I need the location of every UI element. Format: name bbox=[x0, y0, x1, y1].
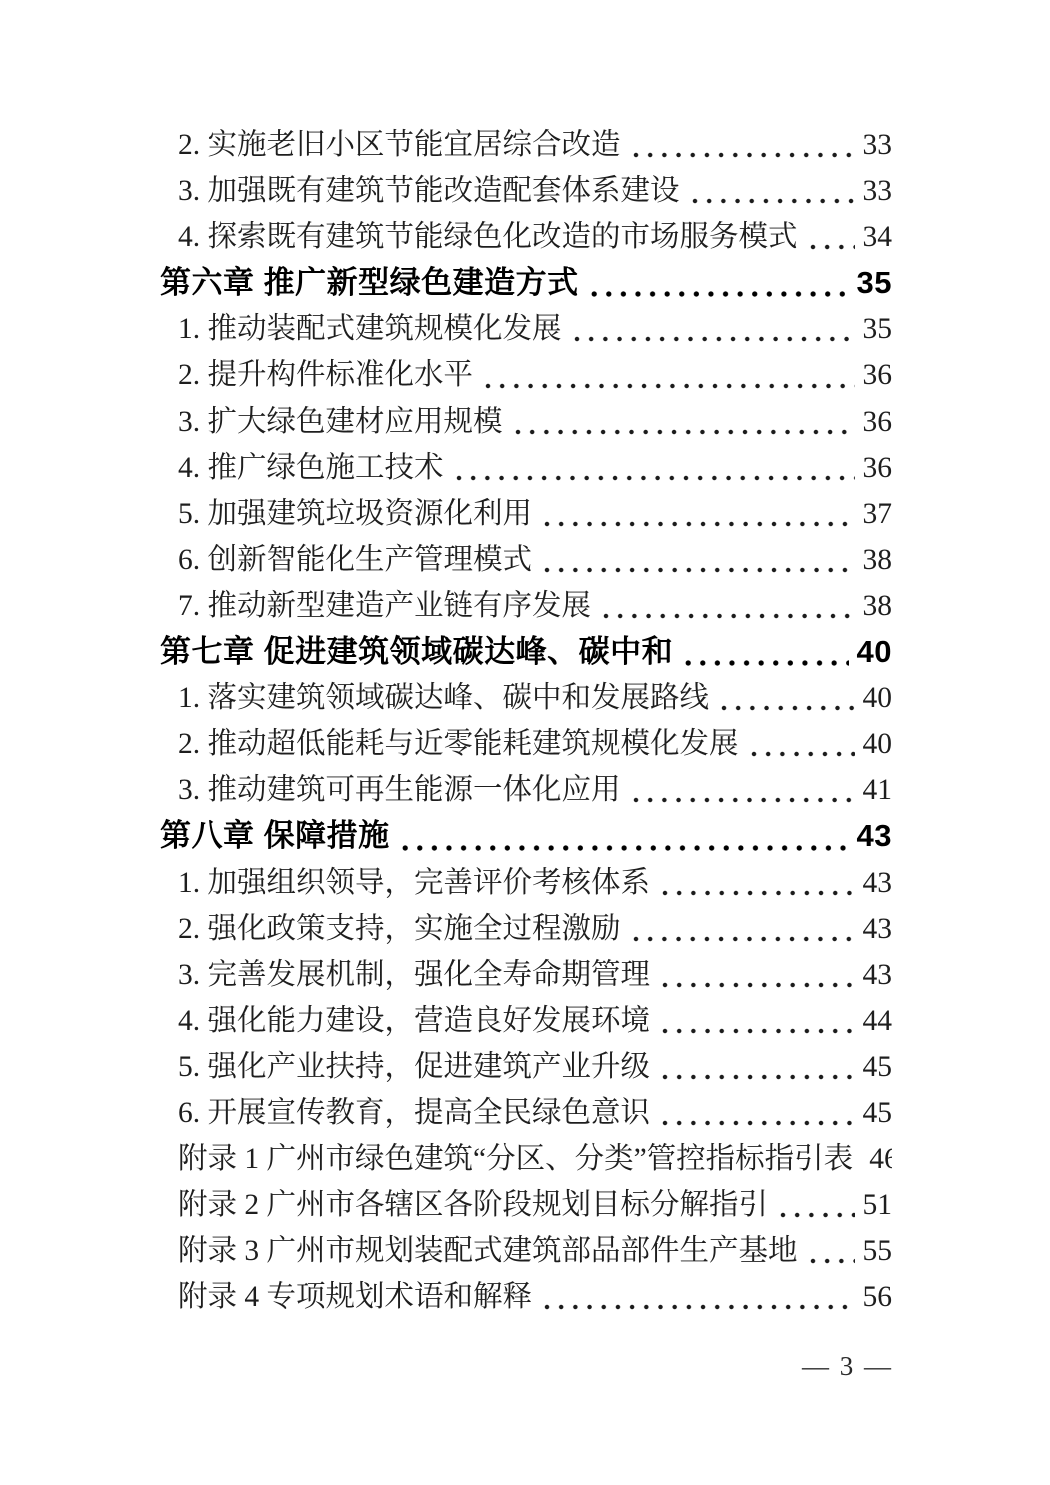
toc-leader-dots bbox=[542, 1274, 856, 1320]
toc-leader-dots bbox=[690, 168, 857, 214]
toc-entry-page: 45 bbox=[863, 1044, 893, 1090]
toc-entry-page: 33 bbox=[863, 122, 893, 168]
toc-entry: 1. 落实建筑领域碳达峰、碳中和发展路线 40 bbox=[160, 675, 892, 721]
toc-leader-dots bbox=[601, 583, 856, 629]
toc-entry-page: 51 bbox=[863, 1182, 893, 1228]
toc-leader-dots bbox=[513, 399, 857, 445]
document-page: 2. 实施老旧小区节能宜居综合改造 33 3. 加强既有建筑节能改造配套体系建设… bbox=[0, 0, 1050, 1485]
toc-entry-label: 附录 4 专项规划术语和解释 bbox=[178, 1274, 532, 1320]
toc-entry-page: 36 bbox=[863, 399, 893, 445]
toc-entry-label: 5. 加强建筑垃圾资源化利用 bbox=[178, 491, 532, 537]
toc-entry: 附录 4 专项规划术语和解释 56 bbox=[160, 1274, 892, 1320]
toc-entry: 1. 推动装配式建筑规模化发展 35 bbox=[160, 306, 892, 352]
toc-entry-label: 附录 2 广州市各辖区各阶段规划目标分解指引 bbox=[178, 1182, 768, 1228]
toc-leader-dots bbox=[660, 860, 856, 906]
toc-entry-page: 35 bbox=[863, 306, 893, 352]
toc-entry-label: 7. 推动新型建造产业链有序发展 bbox=[178, 583, 591, 629]
toc-entry-label: 2. 提升构件标准化水平 bbox=[178, 352, 473, 398]
toc-entry-page: 41 bbox=[863, 767, 893, 813]
toc-entry-label: 1. 落实建筑领域碳达峰、碳中和发展路线 bbox=[178, 675, 709, 721]
toc-entry-page: 35 bbox=[857, 260, 892, 306]
toc-entry-label: 3. 完善发展机制，强化全寿命期管理 bbox=[178, 952, 650, 998]
toc-entry-page: 55 bbox=[863, 1228, 893, 1274]
toc-entry: 6. 创新智能化生产管理模式 38 bbox=[160, 537, 892, 583]
toc-entry-page: 56 bbox=[863, 1274, 893, 1320]
toc-entry: 3. 扩大绿色建材应用规模 36 bbox=[160, 399, 892, 445]
toc-leader-dots bbox=[719, 675, 856, 721]
toc-entry-page: 43 bbox=[863, 860, 893, 906]
toc-entry: 6. 开展宣传教育，提高全民绿色意识 45 bbox=[160, 1090, 892, 1136]
toc-entry: 3. 推动建筑可再生能源一体化应用 41 bbox=[160, 767, 892, 813]
toc-leader-dots bbox=[542, 537, 856, 583]
toc-entry-label: 4. 探索既有建筑节能绿色化改造的市场服务模式 bbox=[178, 214, 798, 260]
toc-leader-dots bbox=[749, 721, 857, 767]
toc-entry: 2. 强化政策支持，实施全过程激励 43 bbox=[160, 906, 892, 952]
toc-leader-dots bbox=[808, 1228, 857, 1274]
toc-entry-page: 43 bbox=[863, 906, 893, 952]
toc-entry: 3. 完善发展机制，强化全寿命期管理 43 bbox=[160, 952, 892, 998]
toc-entry-label: 2. 实施老旧小区节能宜居综合改造 bbox=[178, 122, 621, 168]
toc-entry: 第六章 推广新型绿色建造方式 35 bbox=[160, 260, 892, 306]
toc-entry-page: 33 bbox=[863, 168, 893, 214]
toc-leader-dots bbox=[542, 491, 856, 537]
toc-entry: 5. 加强建筑垃圾资源化利用 37 bbox=[160, 491, 892, 537]
toc-entry: 2. 提升构件标准化水平 36 bbox=[160, 352, 892, 398]
toc-entry-label: 4. 强化能力建设，营造良好发展环境 bbox=[178, 998, 650, 1044]
toc-entry: 附录 2 广州市各辖区各阶段规划目标分解指引 51 bbox=[160, 1182, 892, 1228]
toc-entry-page: 46 bbox=[869, 1136, 892, 1182]
toc-leader-dots bbox=[589, 260, 851, 306]
page-number-footer: — 3 — bbox=[802, 1346, 893, 1386]
toc-entry-page: 34 bbox=[863, 214, 893, 260]
toc-entry: 4. 探索既有建筑节能绿色化改造的市场服务模式 34 bbox=[160, 214, 892, 260]
toc-entry-label: 第八章 保障措施 bbox=[160, 813, 390, 859]
toc-entry-page: 40 bbox=[857, 629, 892, 675]
toc-entry-label: 5. 强化产业扶持，促进建筑产业升级 bbox=[178, 1044, 650, 1090]
toc-leader-dots bbox=[572, 306, 857, 352]
toc-leader-dots bbox=[808, 214, 857, 260]
toc-entry-page: 38 bbox=[863, 583, 893, 629]
toc-entry-page: 37 bbox=[863, 491, 893, 537]
toc-leader-dots bbox=[778, 1182, 856, 1228]
toc-leader-dots bbox=[483, 352, 856, 398]
toc-leader-dots bbox=[454, 445, 857, 491]
toc-entry-label: 附录 1 广州市绿色建筑“分区、分类”管控指标指引表 bbox=[178, 1136, 853, 1182]
toc-entry: 4. 推广绿色施工技术 36 bbox=[160, 445, 892, 491]
toc-entry: 2. 推动超低能耗与近零能耗建筑规模化发展 40 bbox=[160, 721, 892, 767]
toc-leader-dots bbox=[660, 1044, 856, 1090]
toc-entry-label: 2. 强化政策支持，实施全过程激励 bbox=[178, 906, 621, 952]
toc-leader-dots bbox=[400, 813, 851, 859]
toc-entry-page: 38 bbox=[863, 537, 893, 583]
toc-entry-page: 40 bbox=[863, 721, 893, 767]
toc-entry-page: 43 bbox=[863, 952, 893, 998]
toc-entry: 1. 加强组织领导，完善评价考核体系 43 bbox=[160, 860, 892, 906]
toc-entry: 7. 推动新型建造产业链有序发展 38 bbox=[160, 583, 892, 629]
toc-entry: 第八章 保障措施 43 bbox=[160, 813, 892, 859]
toc-entry-label: 3. 扩大绿色建材应用规模 bbox=[178, 399, 503, 445]
toc-entry-page: 36 bbox=[863, 445, 893, 491]
toc-entry-page: 36 bbox=[863, 352, 893, 398]
toc-entry: 4. 强化能力建设，营造良好发展环境 44 bbox=[160, 998, 892, 1044]
toc-list: 2. 实施老旧小区节能宜居综合改造 33 3. 加强既有建筑节能改造配套体系建设… bbox=[160, 122, 892, 1320]
toc-leader-dots bbox=[631, 122, 857, 168]
toc-entry-label: 6. 创新智能化生产管理模式 bbox=[178, 537, 532, 583]
toc-leader-dots bbox=[631, 906, 857, 952]
toc-entry-label: 1. 加强组织领导，完善评价考核体系 bbox=[178, 860, 650, 906]
toc-entry-page: 40 bbox=[863, 675, 893, 721]
toc-entry-label: 3. 加强既有建筑节能改造配套体系建设 bbox=[178, 168, 680, 214]
toc-entry: 第七章 促进建筑领域碳达峰、碳中和 40 bbox=[160, 629, 892, 675]
toc-entry-label: 1. 推动装配式建筑规模化发展 bbox=[178, 306, 562, 352]
toc-leader-dots bbox=[660, 1090, 856, 1136]
toc-leader-dots bbox=[660, 952, 856, 998]
toc-entry-page: 44 bbox=[863, 998, 893, 1044]
toc-entry: 3. 加强既有建筑节能改造配套体系建设 33 bbox=[160, 168, 892, 214]
toc-entry-label: 3. 推动建筑可再生能源一体化应用 bbox=[178, 767, 621, 813]
toc-entry-label: 4. 推广绿色施工技术 bbox=[178, 445, 444, 491]
toc-entry-page: 43 bbox=[857, 813, 892, 859]
toc-leader-dots bbox=[683, 629, 850, 675]
toc-entry-label: 2. 推动超低能耗与近零能耗建筑规模化发展 bbox=[178, 721, 739, 767]
toc-entry: 附录 1 广州市绿色建筑“分区、分类”管控指标指引表 46 bbox=[160, 1136, 892, 1182]
toc-entry-label: 6. 开展宣传教育，提高全民绿色意识 bbox=[178, 1090, 650, 1136]
toc-entry-label: 第七章 促进建筑领域碳达峰、碳中和 bbox=[160, 629, 673, 675]
toc-leader-dots bbox=[631, 767, 857, 813]
toc-leader-dots bbox=[660, 998, 856, 1044]
toc-entry-label: 附录 3 广州市规划装配式建筑部品部件生产基地 bbox=[178, 1228, 798, 1274]
toc-entry: 附录 3 广州市规划装配式建筑部品部件生产基地 55 bbox=[160, 1228, 892, 1274]
toc-entry-page: 45 bbox=[863, 1090, 893, 1136]
toc-entry: 2. 实施老旧小区节能宜居综合改造 33 bbox=[160, 122, 892, 168]
toc-entry: 5. 强化产业扶持，促进建筑产业升级 45 bbox=[160, 1044, 892, 1090]
toc-entry-label: 第六章 推广新型绿色建造方式 bbox=[160, 260, 579, 306]
